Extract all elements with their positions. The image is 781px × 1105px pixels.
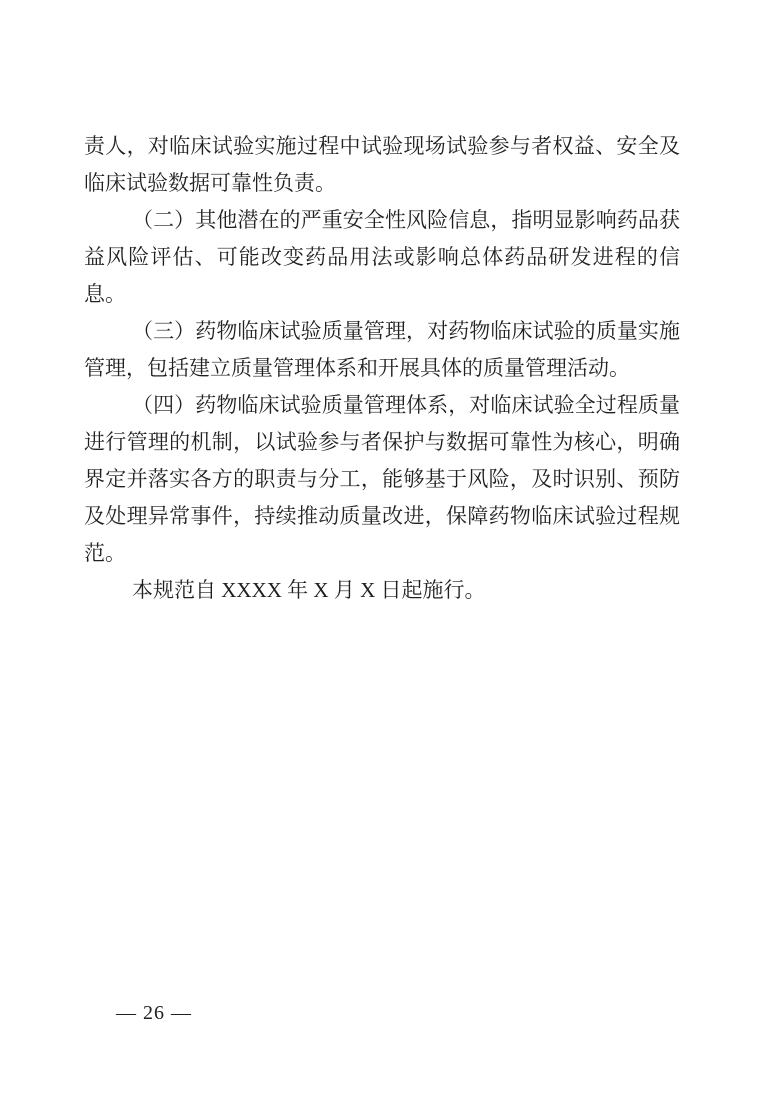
text-line: 责人，对临床试验实施过程中试验现场试验参与者权益、安全及 [84, 128, 680, 165]
paragraph-item-2: （二）其他潜在的严重安全性风险信息，指明显影响药品获 益风险评估、可能改变药品用… [84, 202, 680, 313]
paragraph-effective-date: 本规范自 XXXX 年 X 月 X 日起施行。 [84, 572, 680, 609]
text-line: 益风险评估、可能改变药品用法或影响总体药品研发进程的信 [84, 239, 680, 276]
text-line: 本规范自 XXXX 年 X 月 X 日起施行。 [84, 572, 680, 609]
text-line: 临床试验数据可靠性负责。 [84, 165, 680, 202]
text-line: 界定并落实各方的职责与分工，能够基于风险，及时识别、预防 [84, 461, 680, 498]
text-line: （二）其他潜在的严重安全性风险信息，指明显影响药品获 [84, 202, 680, 239]
document-page: 责人，对临床试验实施过程中试验现场试验参与者权益、安全及 临床试验数据可靠性负责… [0, 0, 781, 1105]
body-text: 责人，对临床试验实施过程中试验现场试验参与者权益、安全及 临床试验数据可靠性负责… [84, 128, 680, 609]
paragraph-item-4: （四）药物临床试验质量管理体系，对临床试验全过程质量 进行管理的机制，以试验参与… [84, 387, 680, 572]
page-number: — 26 — [116, 1002, 192, 1024]
text-line: 管理，包括建立质量管理体系和开展具体的质量管理活动。 [84, 350, 680, 387]
text-line: 范。 [84, 535, 680, 572]
paragraph-item-3: （三）药物临床试验质量管理，对药物临床试验的质量实施 管理，包括建立质量管理体系… [84, 313, 680, 387]
text-line: （四）药物临床试验质量管理体系，对临床试验全过程质量 [84, 387, 680, 424]
text-line: 进行管理的机制，以试验参与者保护与数据可靠性为核心，明确 [84, 424, 680, 461]
text-line: 及处理异常事件，持续推动质量改进，保障药物临床试验过程规 [84, 498, 680, 535]
paragraph-continuation: 责人，对临床试验实施过程中试验现场试验参与者权益、安全及 临床试验数据可靠性负责… [84, 128, 680, 202]
page-footer: — 26 — [116, 1001, 192, 1025]
text-line: （三）药物临床试验质量管理，对药物临床试验的质量实施 [84, 313, 680, 350]
text-line: 息。 [84, 276, 680, 313]
